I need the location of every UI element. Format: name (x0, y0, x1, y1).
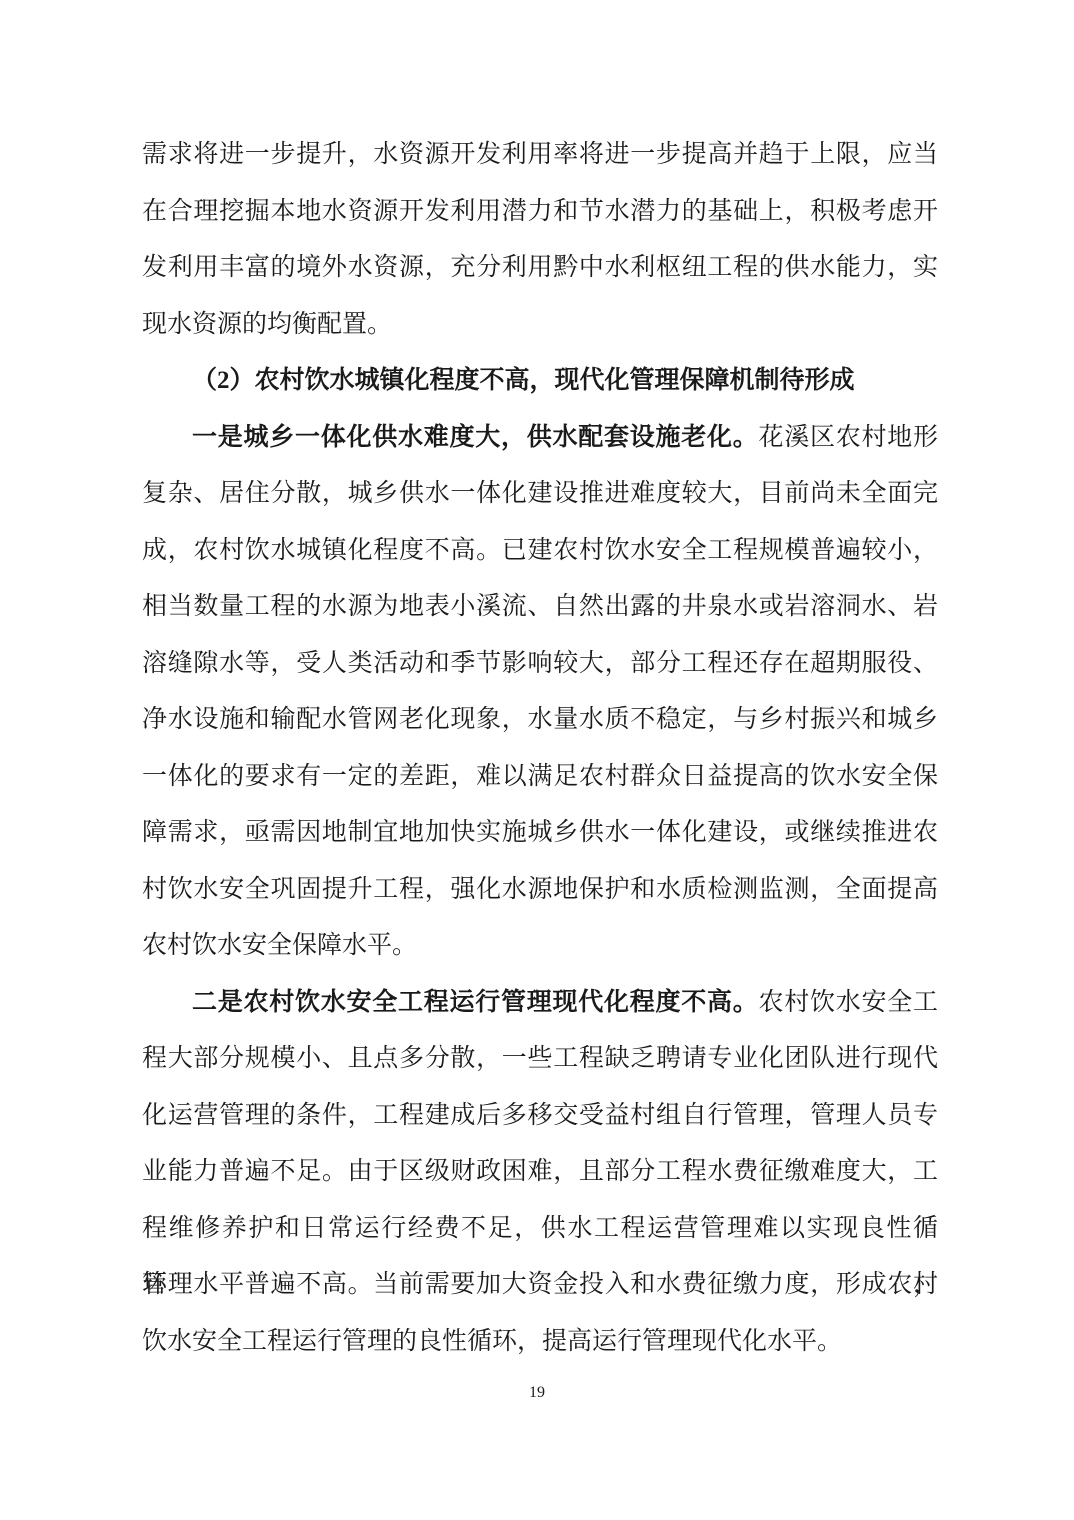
line-text: 溶缝隙水等，受人类活动和季节影响较大，部分工程还存在超期服役、 (142, 650, 938, 677)
text-line: 一是城乡一体化供水难度大，供水配套设施老化。花溪区农村地形 (142, 410, 938, 467)
line-text: 管理水平普遍不高。当前需要加大资金投入和水费征缴力度，形成农村 (142, 1271, 938, 1298)
line-text: 相当数量工程的水源为地表小溪流、自然出露的井泉水或岩溶洞水、岩 (142, 593, 938, 620)
line-text: 花溪区农村地形 (758, 424, 938, 451)
line-text: 障需求，亟需因地制宜地加快实施城乡供水一体化建设，或继续推进农 (142, 819, 938, 846)
text-line: 在合理挖掘本地水资源开发利用潜力和节水潜力的基础上，积极考虑开 (142, 184, 938, 241)
line-text: 饮水安全工程运行管理的良性循环，提高运行管理现代化水平。 (142, 1328, 842, 1355)
line-text: 化运营管理的条件，工程建成后多移交受益村组自行管理，管理人员专 (142, 1102, 938, 1129)
document-body: 需求将进一步提升，水资源开发利用率将进一步提高并趋于上限，应当在合理挖掘本地水资… (142, 127, 938, 1370)
bold-lead: 一是城乡一体化供水难度大，供水配套设施老化。 (192, 424, 758, 451)
text-line: 管理水平普遍不高。当前需要加大资金投入和水费征缴力度，形成农村 (142, 1257, 938, 1314)
line-text: 程大部分规模小、且点多分散，一些工程缺乏聘请专业化团队进行现代 (142, 1045, 938, 1072)
paragraph: 二是农村饮水安全工程运行管理现代化程度不高。农村饮水安全工程大部分规模小、且点多… (142, 975, 938, 1371)
line-text: （2）农村饮水城镇化程度不高，现代化管理保障机制待形成 (192, 367, 855, 394)
text-line: 成，农村饮水城镇化程度不高。已建农村饮水安全工程规模普遍较小， (142, 523, 938, 580)
text-line: 二是农村饮水安全工程运行管理现代化程度不高。农村饮水安全工 (142, 975, 938, 1032)
text-line: 净水设施和输配水管网老化现象，水量水质不稳定，与乡村振兴和城乡 (142, 692, 938, 749)
line-text: 需求将进一步提升，水资源开发利用率将进一步提高并趋于上限，应当 (142, 141, 938, 168)
page-number: 19 (0, 1384, 1074, 1402)
section-heading: （2）农村饮水城镇化程度不高，现代化管理保障机制待形成 (142, 353, 938, 410)
text-line: 相当数量工程的水源为地表小溪流、自然出露的井泉水或岩溶洞水、岩 (142, 579, 938, 636)
text-line: 需求将进一步提升，水资源开发利用率将进一步提高并趋于上限，应当 (142, 127, 938, 184)
document-page: 需求将进一步提升，水资源开发利用率将进一步提高并趋于上限，应当在合理挖掘本地水资… (0, 0, 1074, 1520)
text-line: 化运营管理的条件，工程建成后多移交受益村组自行管理，管理人员专 (142, 1088, 938, 1145)
bold-lead: 二是农村饮水安全工程运行管理现代化程度不高。 (192, 989, 758, 1016)
text-line: 程大部分规模小、且点多分散，一些工程缺乏聘请专业化团队进行现代 (142, 1031, 938, 1088)
text-line: 一体化的要求有一定的差距，难以满足农村群众日益提高的饮水安全保 (142, 749, 938, 806)
line-text: 业能力普遍不足。由于区级财政困难，且部分工程水费征缴难度大，工 (142, 1158, 938, 1185)
text-line: 发利用丰富的境外水资源，充分利用黔中水利枢纽工程的供水能力，实 (142, 240, 938, 297)
line-text: 发利用丰富的境外水资源，充分利用黔中水利枢纽工程的供水能力，实 (142, 254, 938, 281)
text-line: 农村饮水安全保障水平。 (142, 918, 938, 975)
line-text: 农村饮水安全保障水平。 (142, 932, 417, 959)
text-line: 村饮水安全巩固提升工程，强化水源地保护和水质检测监测，全面提高 (142, 862, 938, 919)
line-text: 成，农村饮水城镇化程度不高。已建农村饮水安全工程规模普遍较小， (142, 537, 938, 564)
text-line: 复杂、居住分散，城乡供水一体化建设推进难度较大，目前尚未全面完 (142, 466, 938, 523)
text-line: 现水资源的均衡配置。 (142, 297, 938, 354)
text-line: 溶缝隙水等，受人类活动和季节影响较大，部分工程还存在超期服役、 (142, 636, 938, 693)
line-text: 复杂、居住分散，城乡供水一体化建设推进难度较大，目前尚未全面完 (142, 480, 938, 507)
text-line: 饮水安全工程运行管理的良性循环，提高运行管理现代化水平。 (142, 1314, 938, 1371)
text-line: 程维修养护和日常运行经费不足，供水工程运营管理难以实现良性循环， (142, 1201, 938, 1258)
text-line: 障需求，亟需因地制宜地加快实施城乡供水一体化建设，或继续推进农 (142, 805, 938, 862)
text-line: 业能力普遍不足。由于区级财政困难，且部分工程水费征缴难度大，工 (142, 1144, 938, 1201)
line-text: 村饮水安全巩固提升工程，强化水源地保护和水质检测监测，全面提高 (142, 876, 938, 903)
line-text: 现水资源的均衡配置。 (142, 311, 392, 338)
paragraph: 需求将进一步提升，水资源开发利用率将进一步提高并趋于上限，应当在合理挖掘本地水资… (142, 127, 938, 353)
line-text: 在合理挖掘本地水资源开发利用潜力和节水潜力的基础上，积极考虑开 (142, 198, 938, 225)
paragraph: 一是城乡一体化供水难度大，供水配套设施老化。花溪区农村地形复杂、居住分散，城乡供… (142, 410, 938, 975)
line-text: 一体化的要求有一定的差距，难以满足农村群众日益提高的饮水安全保 (142, 763, 938, 790)
line-text: 净水设施和输配水管网老化现象，水量水质不稳定，与乡村振兴和城乡 (142, 706, 938, 733)
text-line: （2）农村饮水城镇化程度不高，现代化管理保障机制待形成 (142, 353, 938, 410)
line-text: 农村饮水安全工 (758, 989, 938, 1016)
